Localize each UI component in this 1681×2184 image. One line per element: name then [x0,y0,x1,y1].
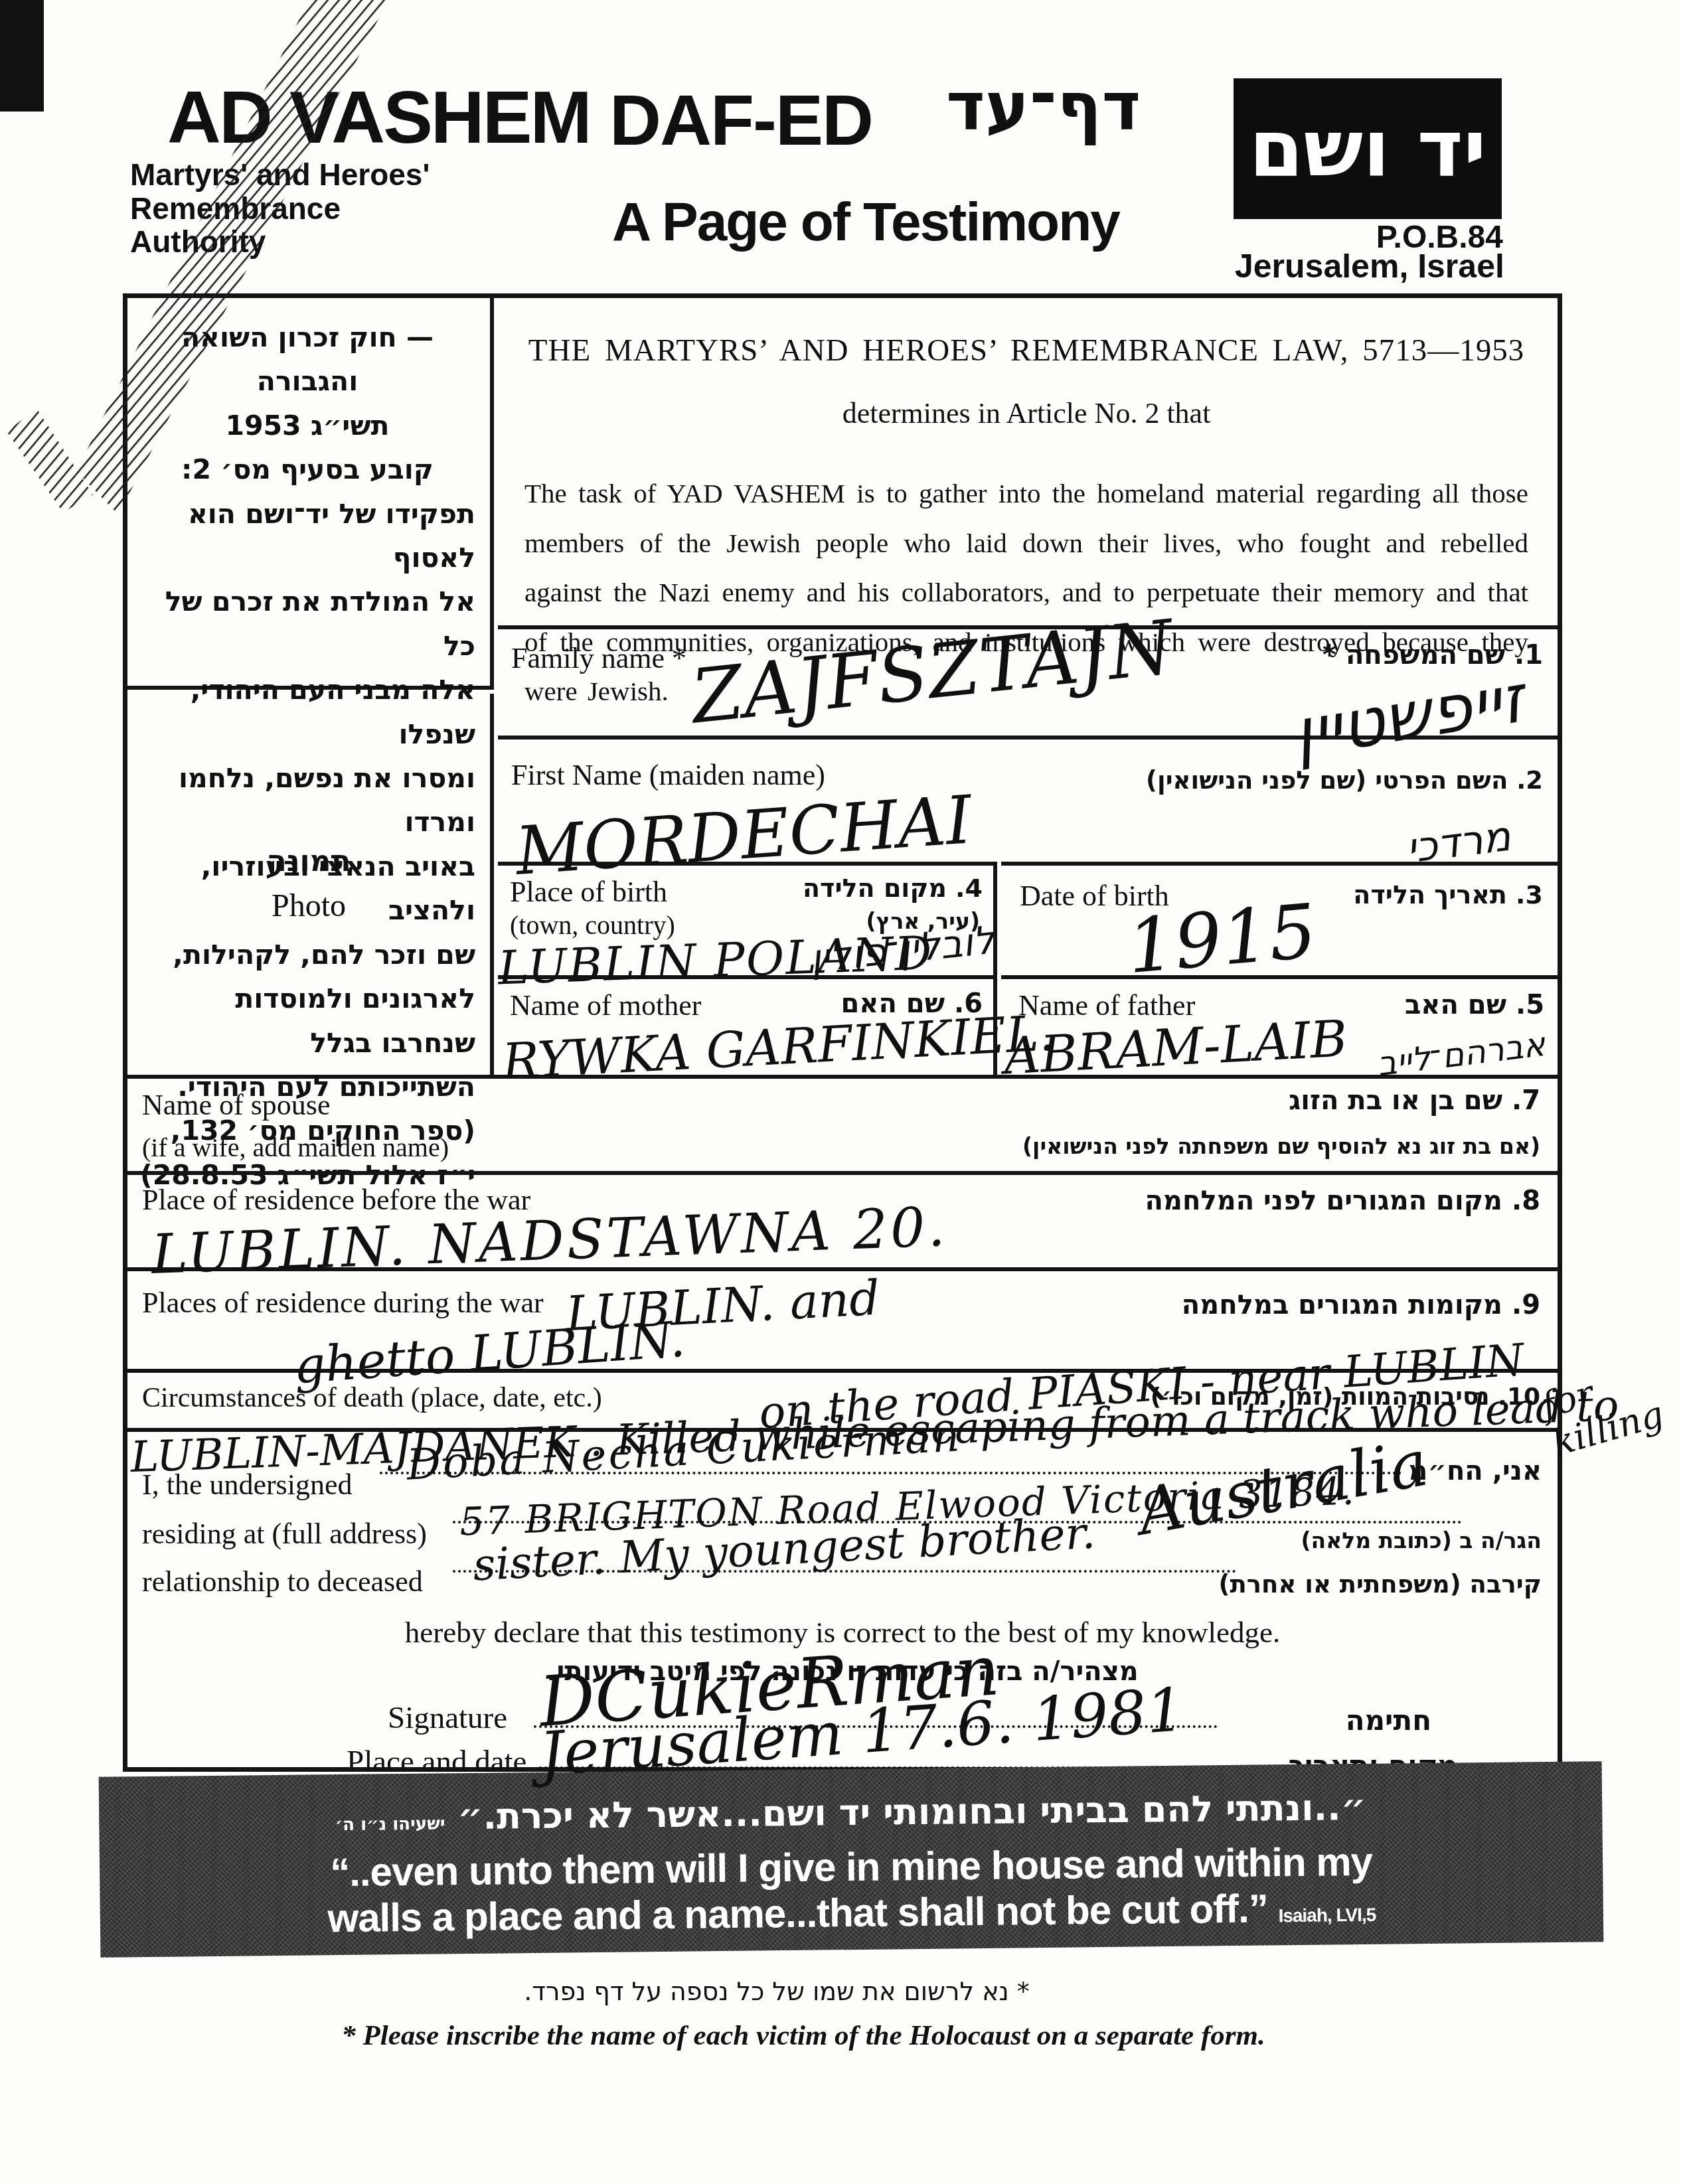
law-en-subtitle: determines in Article No. 2 that [524,396,1528,430]
isaiah-quote-banner: ״..ונתתי להם בביתי ובחומותי יד ושם...אשר… [99,1761,1604,1958]
name-of-father-label-hebrew: 5. שם האב [1405,990,1544,1020]
english-law-panel: THE MARTYRS’ AND HEROES’ REMEMBRANCE LAW… [498,298,1558,625]
first-name-label-hebrew: 2. השם הפרטי (שם לפני הנישואין) [1146,766,1543,795]
first-name-label: First Name (maiden name) [511,758,825,792]
date-of-birth-label-hebrew: 3. תאריך הלידה [1353,880,1543,909]
photo-placeholder: תמונה Photo [127,694,494,1075]
name-of-spouse-sublabel: (if a wife, add maiden name) [142,1132,449,1163]
residence-before-war-label-hebrew: 8. מקום המגורים לפני המלחמה [1145,1186,1540,1216]
row-family-name: Family name * ZAJFSZTAJN 1. שם המשפחה * … [498,625,1558,736]
signature-label: Signature [388,1700,507,1736]
family-name-label: Family name * [511,641,686,675]
name-of-spouse-label: Name of spouse [142,1088,331,1122]
city-line: Jerusalem, Israel [1235,247,1504,285]
row-name-of-father: Name of father 5. שם האב ABRAM-LAIB אברה… [1001,975,1558,1075]
photo-label-hebrew: תמונה [266,844,351,878]
row-name-of-spouse: Name of spouse (if a wife, add maiden na… [127,1075,1558,1171]
row-date-of-birth: Date of birth 3. תאריך הלידה 1915 [1001,862,1558,975]
banner-english-citation: Isaiah, LVI,5 [1278,1905,1376,1926]
banner-hebrew-citation: ישעיהו נ״ו ה׳ [335,1814,445,1835]
page-title: A Page of Testimony [612,191,1119,254]
banner-hebrew-line: ״..ונתתי להם בביתי ובחומותי יד ושם...אשר… [99,1784,1603,1841]
residence-during-war-label: Places of residence during the war [142,1286,544,1320]
law-he-line: אל המולדת את זכרם של כל [139,580,475,668]
banner-english-text2: walls a place and a name...that shall no… [327,1886,1268,1940]
law-en-title: THE MARTYRS’ AND HEROES’ REMEMBRANCE LAW… [524,333,1528,368]
logo-hebrew-text: יד ושם [1249,103,1486,195]
name-of-spouse-sublabel-hebrew: (אם בת זוג נא להוסיף שם משפחתה לפני הניש… [1022,1133,1540,1159]
row-residence-before-war: Place of residence before the war 8. מקו… [127,1171,1558,1267]
yad-vashem-logo: יד ושם [1234,78,1502,219]
footnote-english: * Please inscribe the name of each victi… [0,2019,1607,2052]
banner-hebrew-text: ״..ונתתי להם בביתי ובחומותי יד ושם...אשר… [457,1786,1366,1837]
place-of-birth-label-hebrew: 4. מקום הלידה [803,874,983,903]
residing-label-hebrew: הגר/ה ב (כתובת מלאה) [1301,1527,1542,1553]
relationship-label: relationship to deceased [142,1565,423,1599]
relationship-label-hebrew: קירבה (משפחתית או אחרת) [1219,1570,1542,1599]
page-of-testimony-scan: AD VASHEM Martyrs' and Heroes' Remembran… [0,0,1681,2184]
date-of-birth-value: 1915 [1124,888,1320,990]
daf-ed-title: DAF-ED [609,78,872,161]
residence-during-war-label-hebrew: 9. מקומות המגורים במלחמה [1182,1290,1540,1320]
place-of-birth-value-hebrew: לובלין־פולין [808,917,997,982]
footnote-hebrew: * נא לרשום את שמו של כל נספה על דף נפרד. [0,1977,1554,2006]
family-name-value: ZAJFSZTAJN [687,604,1177,740]
daf-ed-hebrew-title: דף־עד [946,68,1141,145]
residing-label: residing at (full address) [142,1517,427,1551]
name-of-spouse-label-hebrew: 7. שם בן או בת הזוג [1289,1085,1540,1116]
signature-label-hebrew: חתימה [1346,1704,1431,1737]
scan-artifact-checkmark [0,0,478,544]
photo-label-english: Photo [272,888,346,924]
